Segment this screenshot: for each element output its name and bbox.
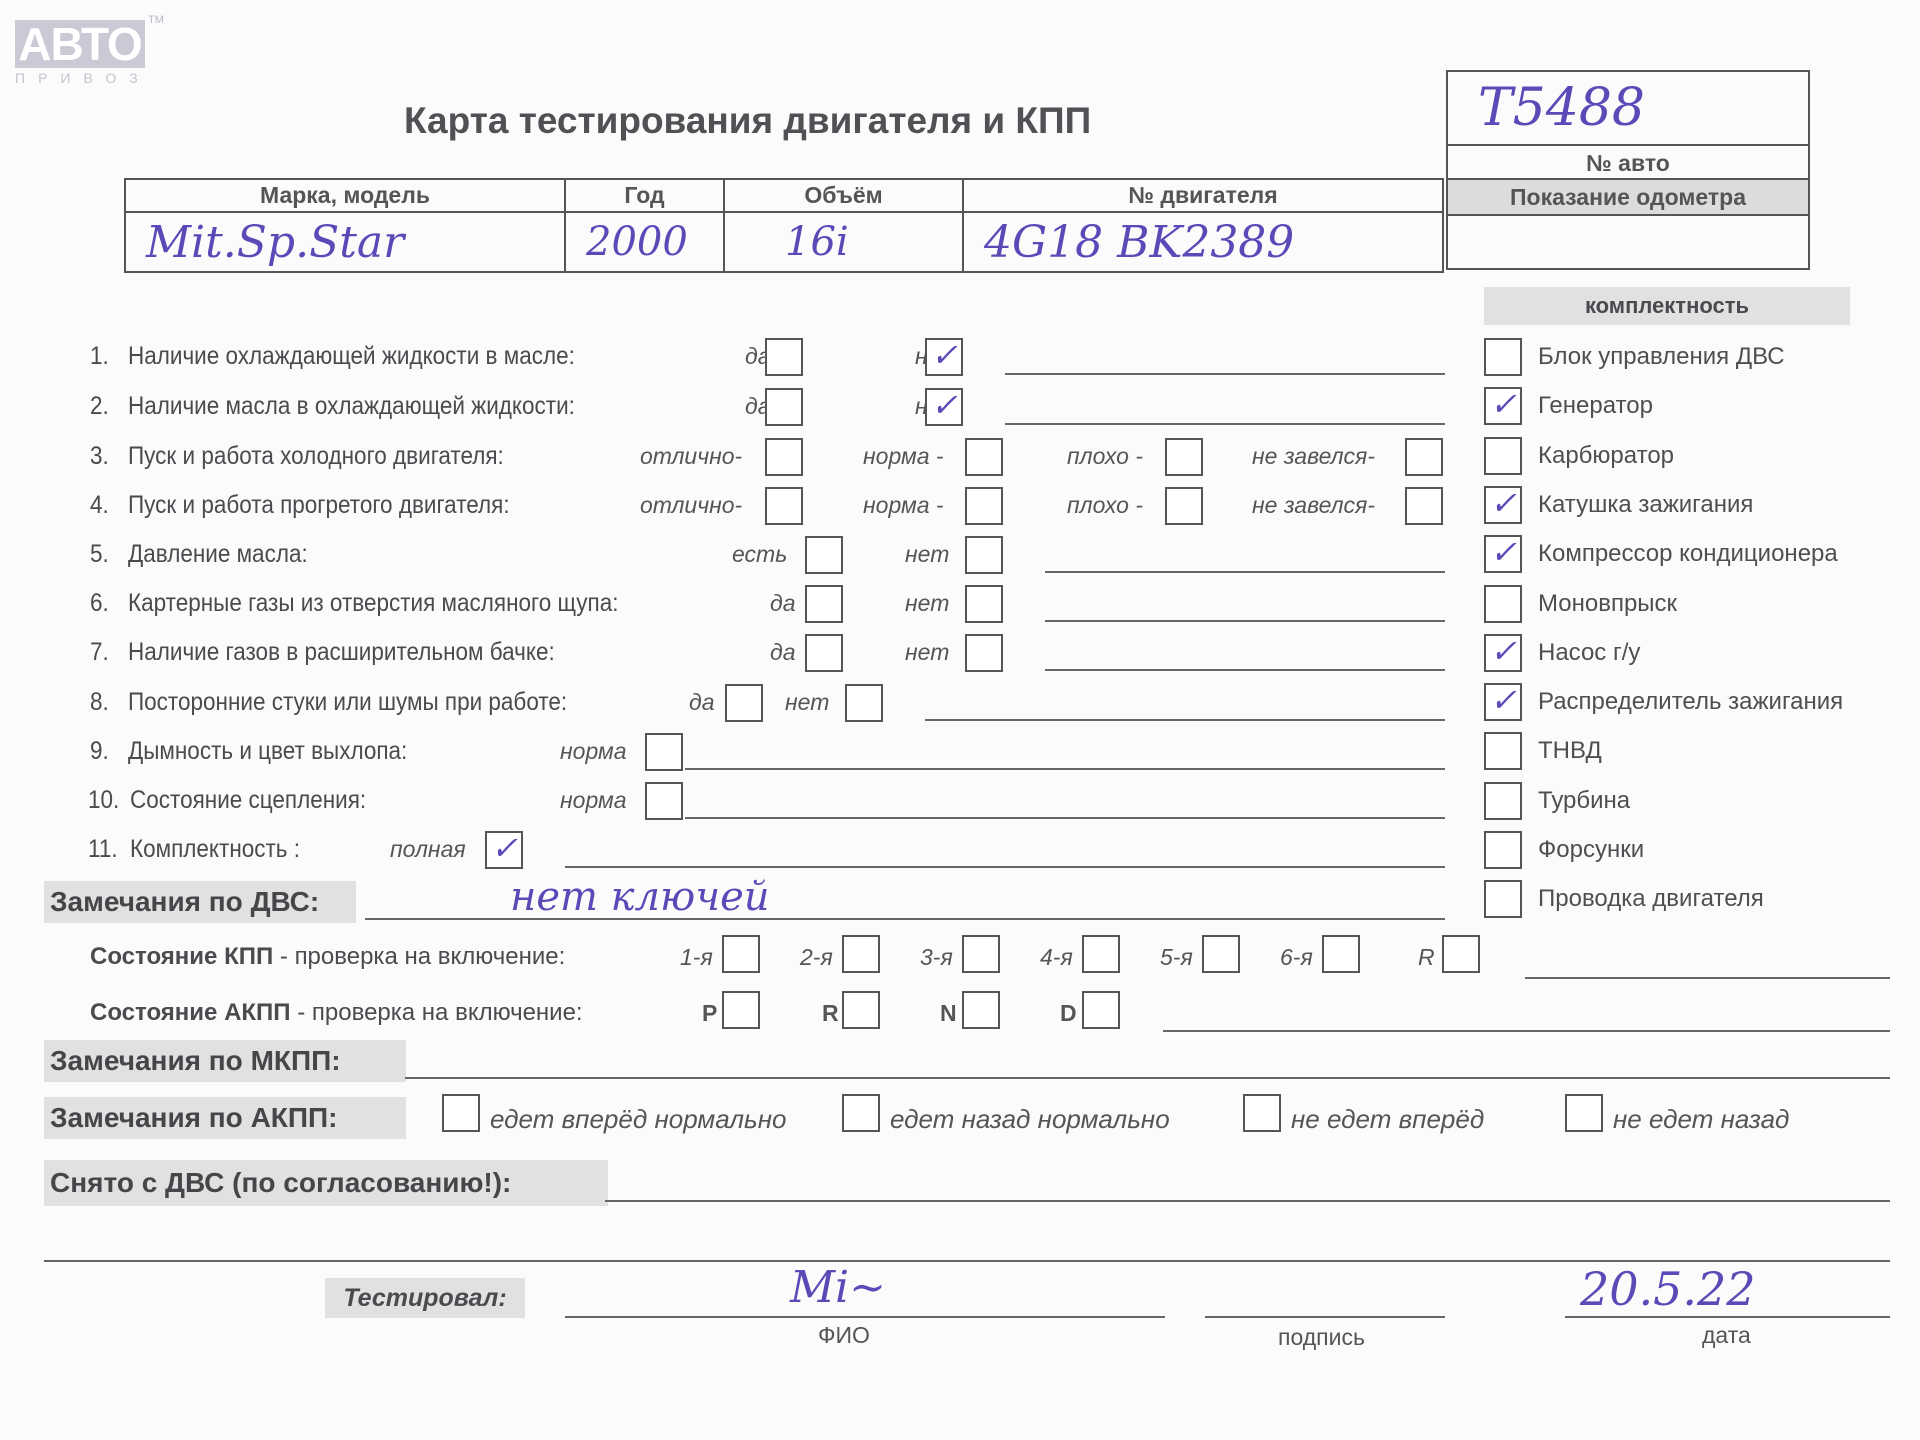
check-mark-icon: ✓ [1490, 533, 1517, 571]
gear-label: 3-я [920, 944, 953, 971]
check-mark-icon: ✓ [1490, 484, 1517, 522]
auto-number-value[interactable]: Т5488 [1478, 78, 1645, 138]
position-label: P [702, 1000, 717, 1027]
row-label: Наличие масла в охлаждающей жидкости: [128, 392, 575, 421]
completeness-label: Генератор [1538, 392, 1653, 420]
removed-line[interactable] [605, 1200, 1890, 1202]
option-label: нет [785, 689, 829, 716]
auto-remark-checkbox[interactable] [1243, 1094, 1281, 1132]
date-value[interactable]: 20.5.22 [1580, 1262, 1756, 1316]
option-checkbox[interactable] [965, 536, 1003, 574]
option-label: нет [905, 639, 949, 666]
option-label: не завелся- [1252, 492, 1375, 519]
page-title: Карта тестирования двигателя и КПП [404, 100, 1091, 142]
row-number: 5. [90, 540, 109, 569]
position-label: N [940, 1000, 957, 1027]
manual-gearbox-line [1525, 977, 1890, 979]
completeness-label: Насос г/у [1538, 639, 1640, 667]
option-checkbox[interactable] [765, 338, 803, 376]
option-label: полная [390, 836, 466, 863]
row-number: 10. [88, 786, 119, 815]
engine-number-value[interactable]: 4G18 BK2389 [963, 212, 1443, 272]
row-number: 2. [90, 392, 109, 421]
option-label: да [770, 639, 796, 666]
row-label: Картерные газы из отверстия масляного щу… [128, 589, 618, 618]
option-label: норма [560, 787, 627, 814]
remark-line[interactable] [565, 866, 1445, 868]
option-checkbox[interactable] [845, 684, 883, 722]
auto-remark-checkbox[interactable] [442, 1094, 480, 1132]
option-checkbox[interactable] [765, 438, 803, 476]
odometer-label: Показание одометра [1448, 178, 1808, 216]
row-number: 4. [90, 491, 109, 520]
option-label: норма [560, 738, 627, 765]
option-checkbox[interactable] [965, 634, 1003, 672]
option-checkbox[interactable] [965, 487, 1003, 525]
option-label: плохо - [1067, 443, 1143, 470]
row-number: 7. [90, 638, 109, 667]
row-label: Наличие охлаждающей жидкости в масле: [128, 342, 575, 371]
auto-remark-label: не едет назад [1613, 1104, 1789, 1135]
completeness-label: Моновпрыск [1538, 590, 1677, 618]
option-checkbox[interactable] [805, 536, 843, 574]
completeness-label: Форсунки [1538, 836, 1644, 864]
date-line [1565, 1316, 1890, 1318]
completeness-label: ТНВД [1538, 737, 1602, 765]
gear-label: 6-я [1280, 944, 1313, 971]
header-volume: Объём [724, 179, 963, 212]
option-checkbox[interactable]: ✓ [925, 338, 963, 376]
option-checkbox[interactable] [805, 634, 843, 672]
remark-line[interactable] [1045, 571, 1445, 573]
auto-remark-checkbox[interactable] [1565, 1094, 1603, 1132]
name-line [565, 1316, 1165, 1318]
auto-gearbox-label: Состояние АКПП - проверка на включение: [90, 999, 583, 1027]
completeness-label: Катушка зажигания [1538, 491, 1753, 519]
option-checkbox[interactable] [1165, 487, 1203, 525]
gear-checkbox[interactable] [962, 935, 1000, 973]
removed-label: Снято с ДВС (по согласованию!): [44, 1160, 608, 1206]
logo: АВТО [15, 20, 145, 68]
row-label: Посторонние стуки или шумы при работе: [128, 688, 567, 717]
auto-gearbox-label-rest: - проверка на включение: [291, 999, 583, 1026]
completeness-label: Проводка двигателя [1538, 885, 1764, 913]
option-checkbox[interactable]: ✓ [925, 388, 963, 426]
completeness-label: Распределитель зажигания [1538, 688, 1843, 716]
row-label: Наличие газов в расширительном бачке: [128, 638, 555, 667]
option-checkbox[interactable] [965, 438, 1003, 476]
gear-label: 2-я [800, 944, 833, 971]
year-value[interactable]: 2000 [565, 212, 724, 272]
completeness-checkbox[interactable]: ✓ [1484, 387, 1522, 425]
gear-label: 1-я [680, 944, 713, 971]
auto-remark-label: едет вперёд нормально [490, 1104, 786, 1135]
option-checkbox[interactable] [765, 487, 803, 525]
option-label: отлично- [640, 443, 742, 470]
gear-checkbox[interactable] [1202, 935, 1240, 973]
completeness-checkbox[interactable] [1484, 437, 1522, 475]
row-label: Состояние сцепления: [130, 786, 366, 815]
check-mark-icon: ✓ [1490, 681, 1517, 719]
option-checkbox[interactable] [765, 388, 803, 426]
engine-remarks-label: Замечания по ДВС: [44, 881, 356, 923]
engine-remarks-value[interactable]: нет ключей [510, 874, 770, 920]
check-mark-icon: ✓ [1490, 385, 1517, 423]
gear-checkbox[interactable] [722, 935, 760, 973]
auto-gearbox-line [1163, 1030, 1890, 1032]
row-number: 8. [90, 688, 109, 717]
completeness-checkbox[interactable] [1484, 732, 1522, 770]
option-label: есть [732, 541, 787, 568]
position-label: R [822, 1000, 839, 1027]
option-checkbox[interactable] [645, 733, 683, 771]
row-label: Пуск и работа холодного двигателя: [128, 442, 504, 471]
header-year: Год [565, 179, 724, 212]
signature-line[interactable] [1205, 1316, 1445, 1318]
auto-remarks-label: Замечания по АКПП: [44, 1097, 406, 1139]
option-label: не завелся- [1252, 443, 1375, 470]
manual-gearbox-label: Состояние КПП - проверка на включение: [90, 943, 565, 971]
completeness-checkbox[interactable] [1484, 880, 1522, 918]
remark-line[interactable] [1005, 423, 1445, 425]
option-checkbox[interactable] [645, 782, 683, 820]
completeness-label: Карбюратор [1538, 442, 1674, 470]
remark-line[interactable] [925, 719, 1445, 721]
option-label: нет [905, 541, 949, 568]
row-number: 3. [90, 442, 109, 471]
auto-number-box: Т5488 № авто Показание одометра [1446, 70, 1810, 270]
header-make-model: Марка, модель [125, 179, 565, 212]
gear-label: 5-я [1160, 944, 1193, 971]
gear-checkbox[interactable] [1082, 935, 1120, 973]
completeness-header: комплектность [1484, 287, 1850, 325]
completeness-label: Компрессор кондиционера [1538, 540, 1838, 568]
option-label: плохо - [1067, 492, 1143, 519]
volume-value[interactable]: 16i [724, 212, 963, 272]
completeness-checkbox[interactable] [1484, 585, 1522, 623]
check-mark-icon: ✓ [1490, 632, 1517, 670]
position-checkbox[interactable] [842, 991, 880, 1029]
manual-remarks-line[interactable] [405, 1077, 1890, 1079]
option-checkbox[interactable] [725, 684, 763, 722]
completeness-checkbox[interactable]: ✓ [1484, 535, 1522, 573]
option-label: норма - [863, 492, 944, 519]
date-caption: дата [1702, 1322, 1751, 1349]
remark-line[interactable] [1005, 373, 1445, 375]
tested-by-label: Тестировал: [325, 1278, 525, 1318]
completeness-label: Турбина [1538, 787, 1630, 815]
option-label: нет [905, 590, 949, 617]
gear-checkbox[interactable] [1442, 935, 1480, 973]
gear-checkbox[interactable] [1322, 935, 1360, 973]
auto-remark-checkbox[interactable] [842, 1094, 880, 1132]
remark-line[interactable] [685, 768, 1445, 770]
odometer-field[interactable] [1448, 214, 1808, 268]
option-checkbox[interactable] [805, 585, 843, 623]
logo-subtitle: ПРИВОЗ [15, 70, 151, 86]
row-label: Давление масла: [128, 540, 308, 569]
signature-caption: подпись [1278, 1324, 1365, 1351]
row-label: Пуск и работа прогретого двигателя: [128, 491, 510, 520]
completeness-checkbox[interactable] [1484, 338, 1522, 376]
option-label: да [689, 689, 715, 716]
header-engine-number: № двигателя [963, 179, 1443, 212]
row-number: 11. [88, 835, 118, 864]
auto-remark-label: не едет вперёд [1291, 1104, 1484, 1135]
gear-checkbox[interactable] [842, 935, 880, 973]
row-label: Комплектность : [130, 835, 300, 864]
row-number: 9. [90, 737, 109, 766]
vehicle-table: Марка, модель Год Объём № двигателя Mit.… [124, 178, 1444, 273]
option-label: да [770, 590, 796, 617]
completeness-checkbox[interactable]: ✓ [1484, 486, 1522, 524]
auto-number-label: № авто [1448, 144, 1808, 180]
row-number: 1. [90, 342, 109, 371]
manual-gearbox-label-bold: Состояние КПП [90, 943, 273, 970]
position-checkbox[interactable] [962, 991, 1000, 1029]
name-caption: ФИО [818, 1322, 870, 1349]
logo-trademark: TM [148, 14, 164, 26]
check-mark-icon: ✓ [931, 386, 958, 424]
completeness-checkbox[interactable]: ✓ [1484, 634, 1522, 672]
row-number: 6. [90, 589, 109, 618]
name-value[interactable]: Mi~ [790, 1262, 886, 1313]
remark-line[interactable] [685, 817, 1445, 819]
remark-line[interactable] [1045, 620, 1445, 622]
row-label: Дымность и цвет выхлопа: [128, 737, 407, 766]
completeness-label: Блок управления ДВС [1538, 343, 1785, 371]
option-checkbox[interactable] [1405, 487, 1443, 525]
completeness-checkbox[interactable]: ✓ [1484, 683, 1522, 721]
position-checkbox[interactable] [1082, 991, 1120, 1029]
completeness-checkbox[interactable] [1484, 831, 1522, 869]
position-checkbox[interactable] [722, 991, 760, 1029]
completeness-checkbox[interactable] [1484, 782, 1522, 820]
auto-remark-label: едет назад нормально [890, 1104, 1170, 1135]
check-mark-icon: ✓ [491, 829, 518, 867]
gear-label: 4-я [1040, 944, 1073, 971]
position-label: D [1060, 1000, 1077, 1027]
manual-remarks-label: Замечания по МКПП: [44, 1040, 406, 1082]
option-label: отлично- [640, 492, 742, 519]
auto-gearbox-label-bold: Состояние АКПП [90, 999, 291, 1026]
manual-gearbox-label-rest: - проверка на включение: [273, 943, 565, 970]
option-checkbox[interactable]: ✓ [485, 831, 523, 869]
option-checkbox[interactable] [1165, 438, 1203, 476]
option-checkbox[interactable] [965, 585, 1003, 623]
check-mark-icon: ✓ [931, 336, 958, 374]
option-label: норма - [863, 443, 944, 470]
gear-label: R [1418, 944, 1435, 971]
make-model-value[interactable]: Mit.Sp.Star [125, 212, 565, 272]
remark-line[interactable] [1045, 669, 1445, 671]
option-checkbox[interactable] [1405, 438, 1443, 476]
